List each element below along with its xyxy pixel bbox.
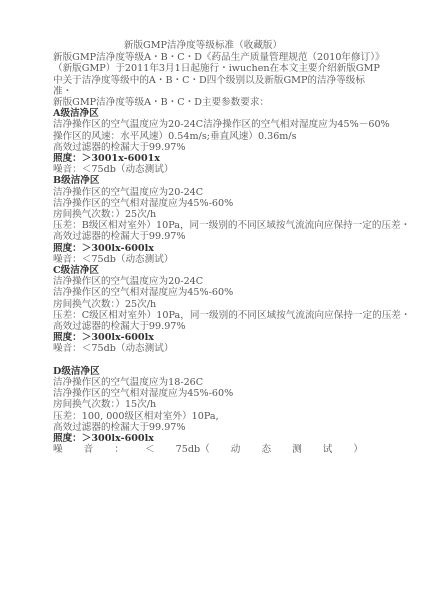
noise-char: ） (353, 444, 363, 455)
noise-char: 态 (261, 444, 271, 455)
section-line: 高效过滤器的检漏大于99.97% (53, 142, 383, 153)
spacer (53, 355, 383, 366)
noise-line: 噪音：＜75db（动态测试） (53, 254, 383, 265)
document-page: 新版GMP洁净度等级标准（收藏版） 新版GMP洁净度等级A・B・C・D《药品生产… (53, 40, 383, 455)
intro-paragraph: 新版GMP洁净度等级A・B・C・D《药品生产质量管理规范（2010年修订）》（新… (53, 52, 383, 97)
noise-char: 测 (292, 444, 302, 455)
section-heading: D级洁净区 (53, 366, 383, 377)
section-d: D级洁净区 洁净操作区的空气温度应为18-26C 洁净操作区的空气相对湿度应为4… (53, 366, 383, 456)
noise-line: 噪音：＜75db（动态测试） (53, 343, 383, 354)
section-line: 洁净操作区的空气温度应为18-26C (53, 377, 383, 388)
section-line: 洁净操作区的空气温度应为20-24C (53, 276, 383, 287)
section-line: 洁净操作区的空气相对湿度应为45%-60% (53, 287, 383, 298)
noise-char: 动 (231, 444, 241, 455)
section-line: 高效过滤器的检漏大于99.97% (53, 231, 383, 242)
section-line: 压差：B级区相对室外）10Pa，同一级别的不同区域按气流流向应保持一定的压差・ (53, 220, 383, 231)
noise-char: 噪 (53, 444, 63, 455)
section-line: 压差：C级区相对室外）10Pa，同一级别的不同区域按气流流向应保持一定的压差・ (53, 310, 383, 321)
noise-char: 音 (84, 444, 94, 455)
section-line: 压差：100, 000级区相对室外）10Pa, (53, 411, 383, 422)
section-line: 洁净操作区的空气相对湿度应为45%-60% (53, 388, 383, 399)
section-heading: C级洁净区 (53, 265, 383, 276)
section-line: 房间换气次数：）25次/h (53, 209, 383, 220)
illuminance-line: 照度：＞300lx-600lx (53, 433, 383, 444)
section-c: C级洁净区 洁净操作区的空气温度应为20-24C 洁净操作区的空气相对湿度应为4… (53, 265, 383, 355)
illuminance-line: 照度：＞300lx-600lx (53, 243, 383, 254)
document-title: 新版GMP洁净度等级标准（收藏版） (53, 40, 353, 51)
section-line: 房间换气次数：）25次/h (53, 299, 383, 310)
noise-char: ： (114, 444, 124, 455)
section-line: 洁净操作区的空气温度应为20-24C洁净操作区的空气相对湿度应为45%－60% (53, 119, 383, 130)
noise-char: ＜ (145, 444, 155, 455)
section-a: A级洁净区 洁净操作区的空气温度应为20-24C洁净操作区的空气相对湿度应为45… (53, 108, 383, 175)
illuminance-line: 照度：＞3001x-6001x (53, 153, 383, 164)
section-line: 洁净操作区的空气温度应为20-24C (53, 187, 383, 198)
section-heading: B级洁净区 (53, 175, 383, 186)
noise-line: 噪音：＜75db（动态测试） (53, 164, 383, 175)
section-heading: A级洁净区 (53, 108, 383, 119)
noise-char: 试 (323, 444, 333, 455)
section-b: B级洁净区 洁净操作区的空气温度应为20-24C 洁净操作区的空气相对湿度应为4… (53, 175, 383, 265)
section-line: 操作区的风速：水平风速）0.54m/s;垂直风速）0.36m/s (53, 131, 383, 142)
section-line: 高效过滤器的检漏大于99.97% (53, 422, 383, 433)
noise-line-justified: 噪 音 ： ＜ 75db（ 动 态 测 试 ） (53, 444, 363, 455)
illuminance-line: 照度：＞300lx-600lx (53, 332, 383, 343)
section-line: 洁净操作区的空气相对湿度应为45%-60% (53, 198, 383, 209)
section-line: 高效过滤器的检漏大于99.97% (53, 321, 383, 332)
noise-char: 75db（ (176, 444, 210, 455)
params-heading: 新版GMP洁净度等级A・B・C・D主要参数要求： (53, 97, 383, 108)
section-line: 房间换气次数：）15次/h (53, 399, 383, 410)
